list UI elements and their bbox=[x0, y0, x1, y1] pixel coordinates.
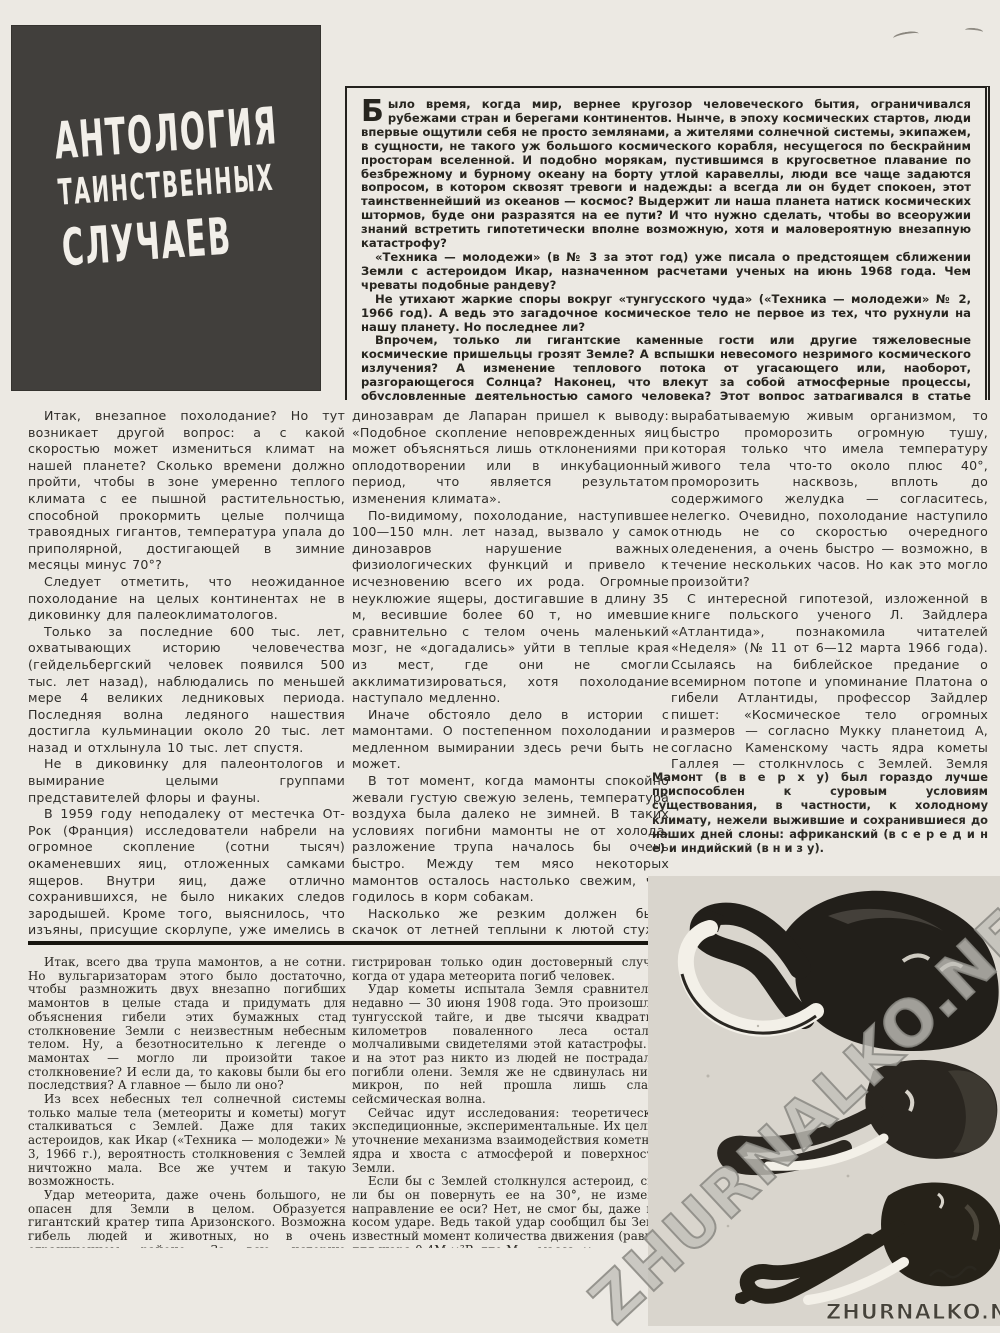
paragraph: Если бы с Землей столкнулся астероид, см… bbox=[352, 1175, 670, 1248]
paragraph: Сейчас идут исследования: теоретические,… bbox=[352, 1107, 670, 1176]
intro-paragraph: Впрочем, только ли гигантские каменные г… bbox=[361, 334, 971, 400]
intro-paragraph-text: ыло время, когда мир, вернее кругозор че… bbox=[361, 97, 971, 250]
top-article-column-2: динозаврам де Лапаран пришел к выводу: «… bbox=[352, 408, 669, 942]
editorial-intro-box: Было время, когда мир, вернее кругозор ч… bbox=[345, 86, 990, 400]
paragraph: Удар метеорита, даже очень большого, не … bbox=[28, 1189, 346, 1248]
drop-cap: Б bbox=[361, 98, 388, 124]
magazine-rubric-title: АНТОЛОГИЯ ТАИНСТВЕННЫХ СЛУЧАЕВ bbox=[53, 100, 342, 269]
paragraph: Насколько же резким должен быть скачок о… bbox=[352, 906, 669, 942]
paragraph: Иначе обстояло дело в истории с мамонтам… bbox=[352, 707, 669, 773]
magazine-page: АНТОЛОГИЯ ТАИНСТВЕННЫХ СЛУЧАЕВ Было врем… bbox=[0, 0, 1000, 1333]
pen-mark bbox=[965, 27, 984, 35]
bottom-article-column-2: гистрирован только один достоверный случ… bbox=[352, 956, 670, 1248]
paragraph: Только за последние 600 тыс. лет, охваты… bbox=[28, 624, 345, 757]
paragraph: Следует отметить, что неожиданное похоло… bbox=[28, 574, 345, 624]
paragraph: Удар кометы испытала Земля сравнительно … bbox=[352, 983, 670, 1106]
intro-paragraph: Не утихают жаркие споры вокруг «тунгусск… bbox=[361, 293, 971, 335]
paragraph: С интересной гипотезой, изложенной в кни… bbox=[671, 591, 988, 768]
rubric-title-line: СЛУЧАЕВ bbox=[60, 203, 287, 278]
bottom-article-column-1: Итак, всего два трупа мамонтов, а не сот… bbox=[28, 956, 346, 1248]
site-watermark-footer: ZHURNALKO.NET bbox=[826, 1300, 1000, 1324]
masthead-box: АНТОЛОГИЯ ТАИНСТВЕННЫХ СЛУЧАЕВ bbox=[12, 26, 320, 390]
section-divider-rule bbox=[28, 941, 656, 945]
pen-mark bbox=[893, 30, 920, 42]
top-article-column-1: Итак, внезапное похолодание? Но тут возн… bbox=[28, 408, 345, 942]
intro-paragraph: Было время, когда мир, вернее кругозор ч… bbox=[361, 98, 971, 251]
paragraph: По-видимому, похолодание, наступившее 10… bbox=[352, 508, 669, 707]
illustration-caption: Мамонт (в в е р х у) был гораздо лучше п… bbox=[652, 770, 988, 855]
paragraph: вырабатываемую живым организмом, то быст… bbox=[671, 408, 988, 591]
paragraph: В тот момент, когда мамонты спокойно жев… bbox=[352, 773, 669, 906]
paragraph: Итак, всего два трупа мамонтов, а не сот… bbox=[28, 956, 346, 1093]
intro-paragraph: «Техника — молодежи» (в № 3 за этот год)… bbox=[361, 251, 971, 293]
paragraph: гистрирован только один достоверный случ… bbox=[352, 956, 670, 983]
paragraph: Итак, внезапное похолодание? Но тут возн… bbox=[28, 408, 345, 574]
mammoth-elephants-drawing bbox=[648, 876, 1000, 1326]
paragraph: Не в диковинку для палеонтологов и вымир… bbox=[28, 756, 345, 806]
mammoth-elephants-illustration bbox=[648, 876, 1000, 1326]
paragraph: Из всех небесных тел солнечной системы т… bbox=[28, 1093, 346, 1189]
paragraph: динозаврам де Лапаран пришел к выводу: «… bbox=[352, 408, 669, 508]
paragraph: В 1959 году неподалеку от местечка От-Ро… bbox=[28, 806, 345, 942]
top-article-column-3: вырабатываемую живым организмом, то быст… bbox=[671, 408, 988, 768]
